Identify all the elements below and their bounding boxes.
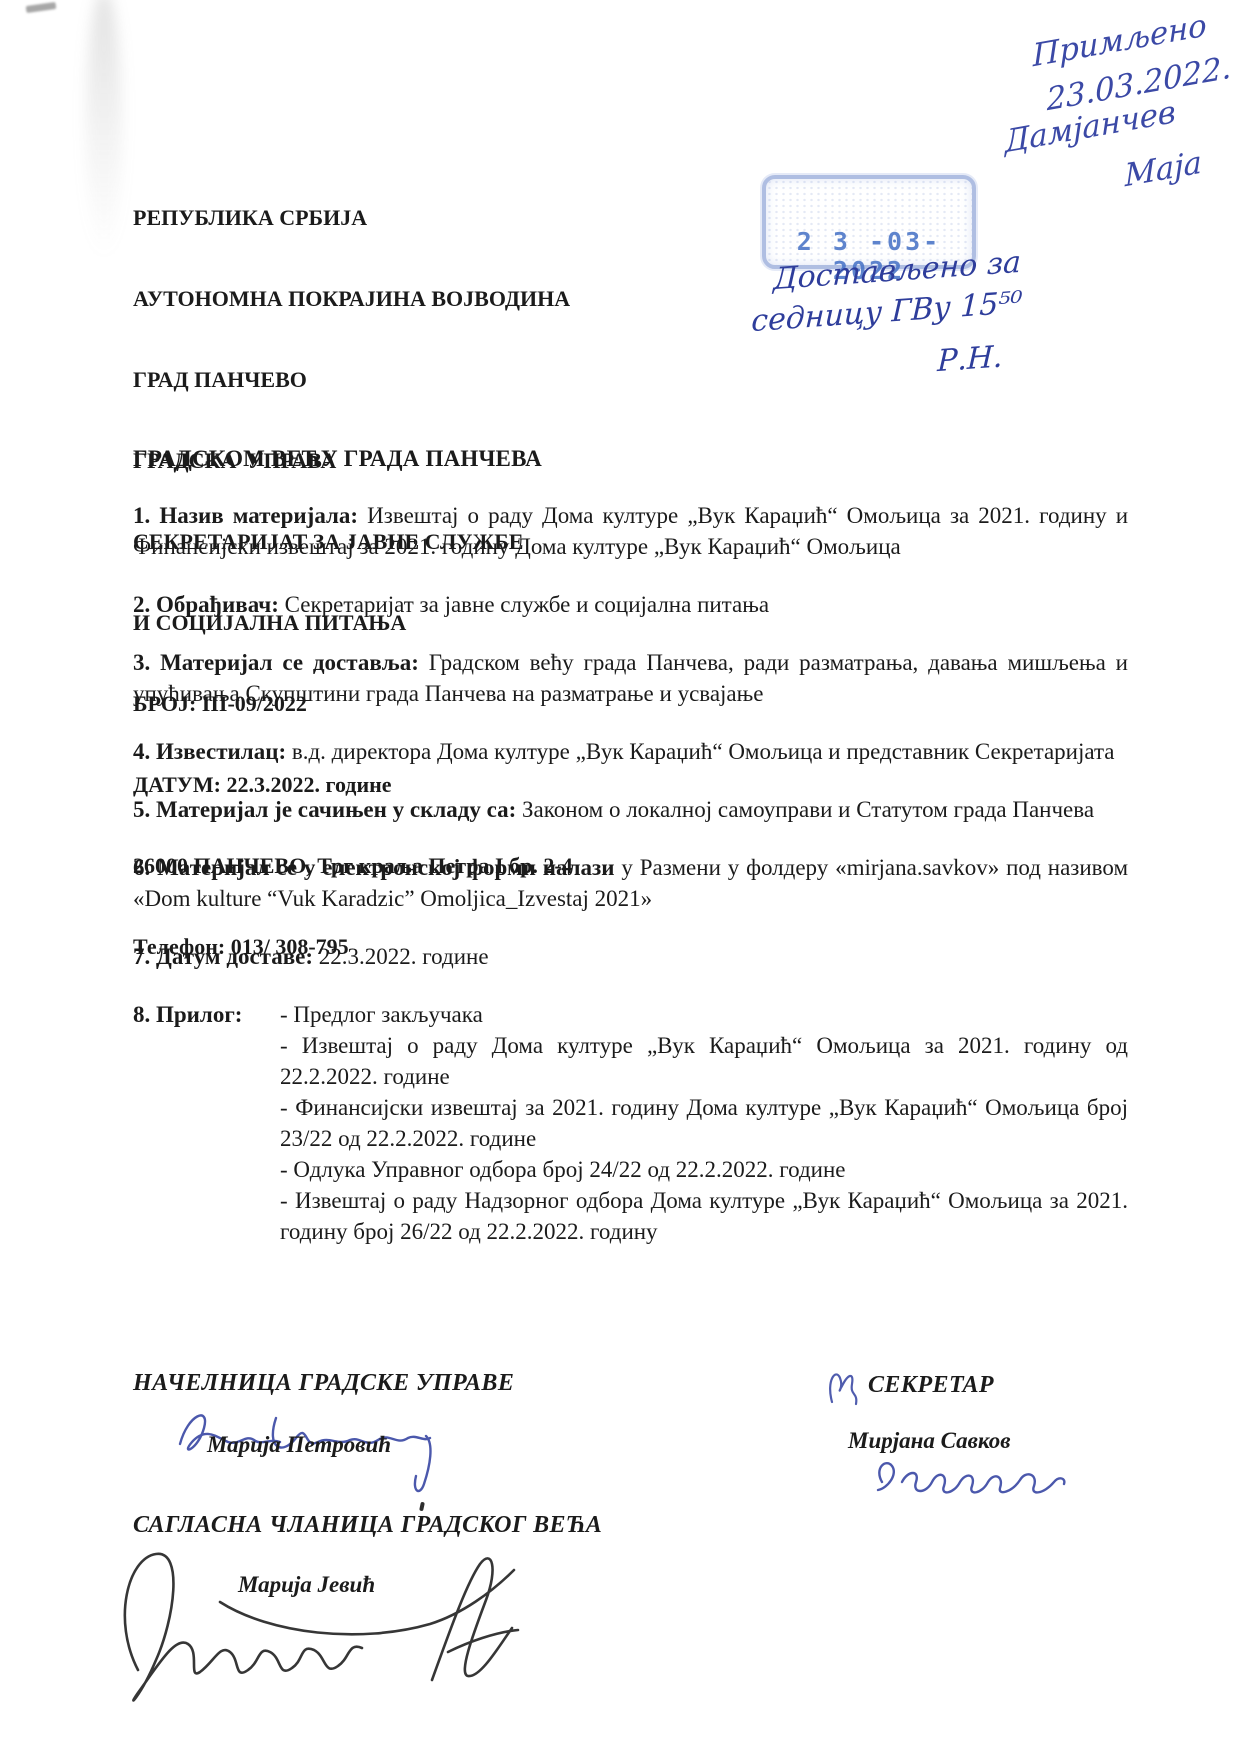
attachment-item: - Извештај о раду Дома културе „Вук Кара…: [280, 1030, 1128, 1092]
item-6-label: 6. Материјал се у електронској форми нал…: [133, 855, 621, 880]
item-2-label: 2. Обрађивач:: [133, 592, 285, 617]
letterhead-line: АУТОНОМНА ПОКРАЈИНА ВОЈВОДИНА: [133, 285, 573, 312]
scan-smudge: [86, 0, 122, 260]
letterhead-line: ГРАД ПАНЧЕВО: [133, 366, 573, 393]
item-7: 7. Датум доставе:22.3.2022. године: [133, 941, 1128, 972]
item-3-label: 3. Материјал се доставља:: [133, 650, 429, 675]
item-3: 3. Материјал се доставља:Градском већу г…: [133, 647, 1128, 709]
left-signature-name: Марија Петровић: [207, 1432, 391, 1458]
item-5: 5. Материјал је сачињен у складу са:Зако…: [133, 794, 1128, 825]
item-7-text: 22.3.2022. године: [319, 944, 489, 969]
item-4-label: 4. Известилац:: [133, 739, 292, 764]
item-1: 1. Назив материјала:Извештај о раду Дома…: [133, 500, 1128, 562]
secretary-paraph-mark: [822, 1362, 862, 1410]
attachments-label: 8. Прилог:: [133, 999, 242, 1030]
attachment-item: - Одлука Управног одбора број 24/22 од 2…: [280, 1154, 1128, 1185]
item-5-text: Законом о локалној самоуправи и Статутом…: [522, 797, 1094, 822]
addressee-line: ГРАДСКОМ ВЕЋУ ГРАДА ПАНЧЕВА: [133, 446, 542, 472]
right-signature-name: Мирјана Савков: [848, 1428, 1010, 1454]
item-4-text: в.д. директора Дома културе „Вук Караџић…: [292, 739, 1115, 764]
item-5-label: 5. Материјал је сачињен у складу са:: [133, 797, 522, 822]
attachment-item: - Финансијски извештај за 2021. годину Д…: [280, 1092, 1128, 1154]
handwritten-clerk-name: Маја: [1124, 144, 1202, 194]
attachment-item: - Предлог закључака: [280, 999, 1128, 1030]
item-7-label: 7. Датум доставе:: [133, 944, 319, 969]
attachment-item: - Извештај о раду Надзорног одбора Дома …: [280, 1185, 1128, 1247]
item-1-label: 1. Назив материјала:: [133, 503, 367, 528]
savkov-signature: [862, 1452, 1074, 1512]
document-body: 1. Назив материјала:Извештај о раду Дома…: [133, 500, 1128, 1249]
consent-title: САГЛАСНА ЧЛАНИЦА ГРАДСКОГ ВЕЋА: [133, 1512, 602, 1539]
item-6: 6. Материјал се у електронској форми нал…: [133, 852, 1128, 914]
item-4: 4. Известилац:в.д. директора Дома култур…: [133, 736, 1128, 767]
jevic-signature: [100, 1540, 530, 1720]
letterhead-line: РЕПУБЛИКА СРБИЈА: [133, 204, 573, 231]
scanned-document-page: РЕПУБЛИКА СРБИЈА АУТОНОМНА ПОКРАЈИНА ВОЈ…: [0, 0, 1240, 1752]
item-2-text: Секретаријат за јавне службе и социјална…: [285, 592, 769, 617]
right-signature-title: СЕКРЕТАР: [868, 1372, 994, 1399]
item-2: 2. Обрађивач:Секретаријат за јавне служб…: [133, 589, 1128, 620]
attachments-block: 8. Прилог: - Предлог закључака - Извешта…: [133, 999, 1128, 1249]
scan-corner-mark: [26, 2, 57, 13]
handwritten-delivery-initials: Р.Н.: [937, 339, 1003, 379]
